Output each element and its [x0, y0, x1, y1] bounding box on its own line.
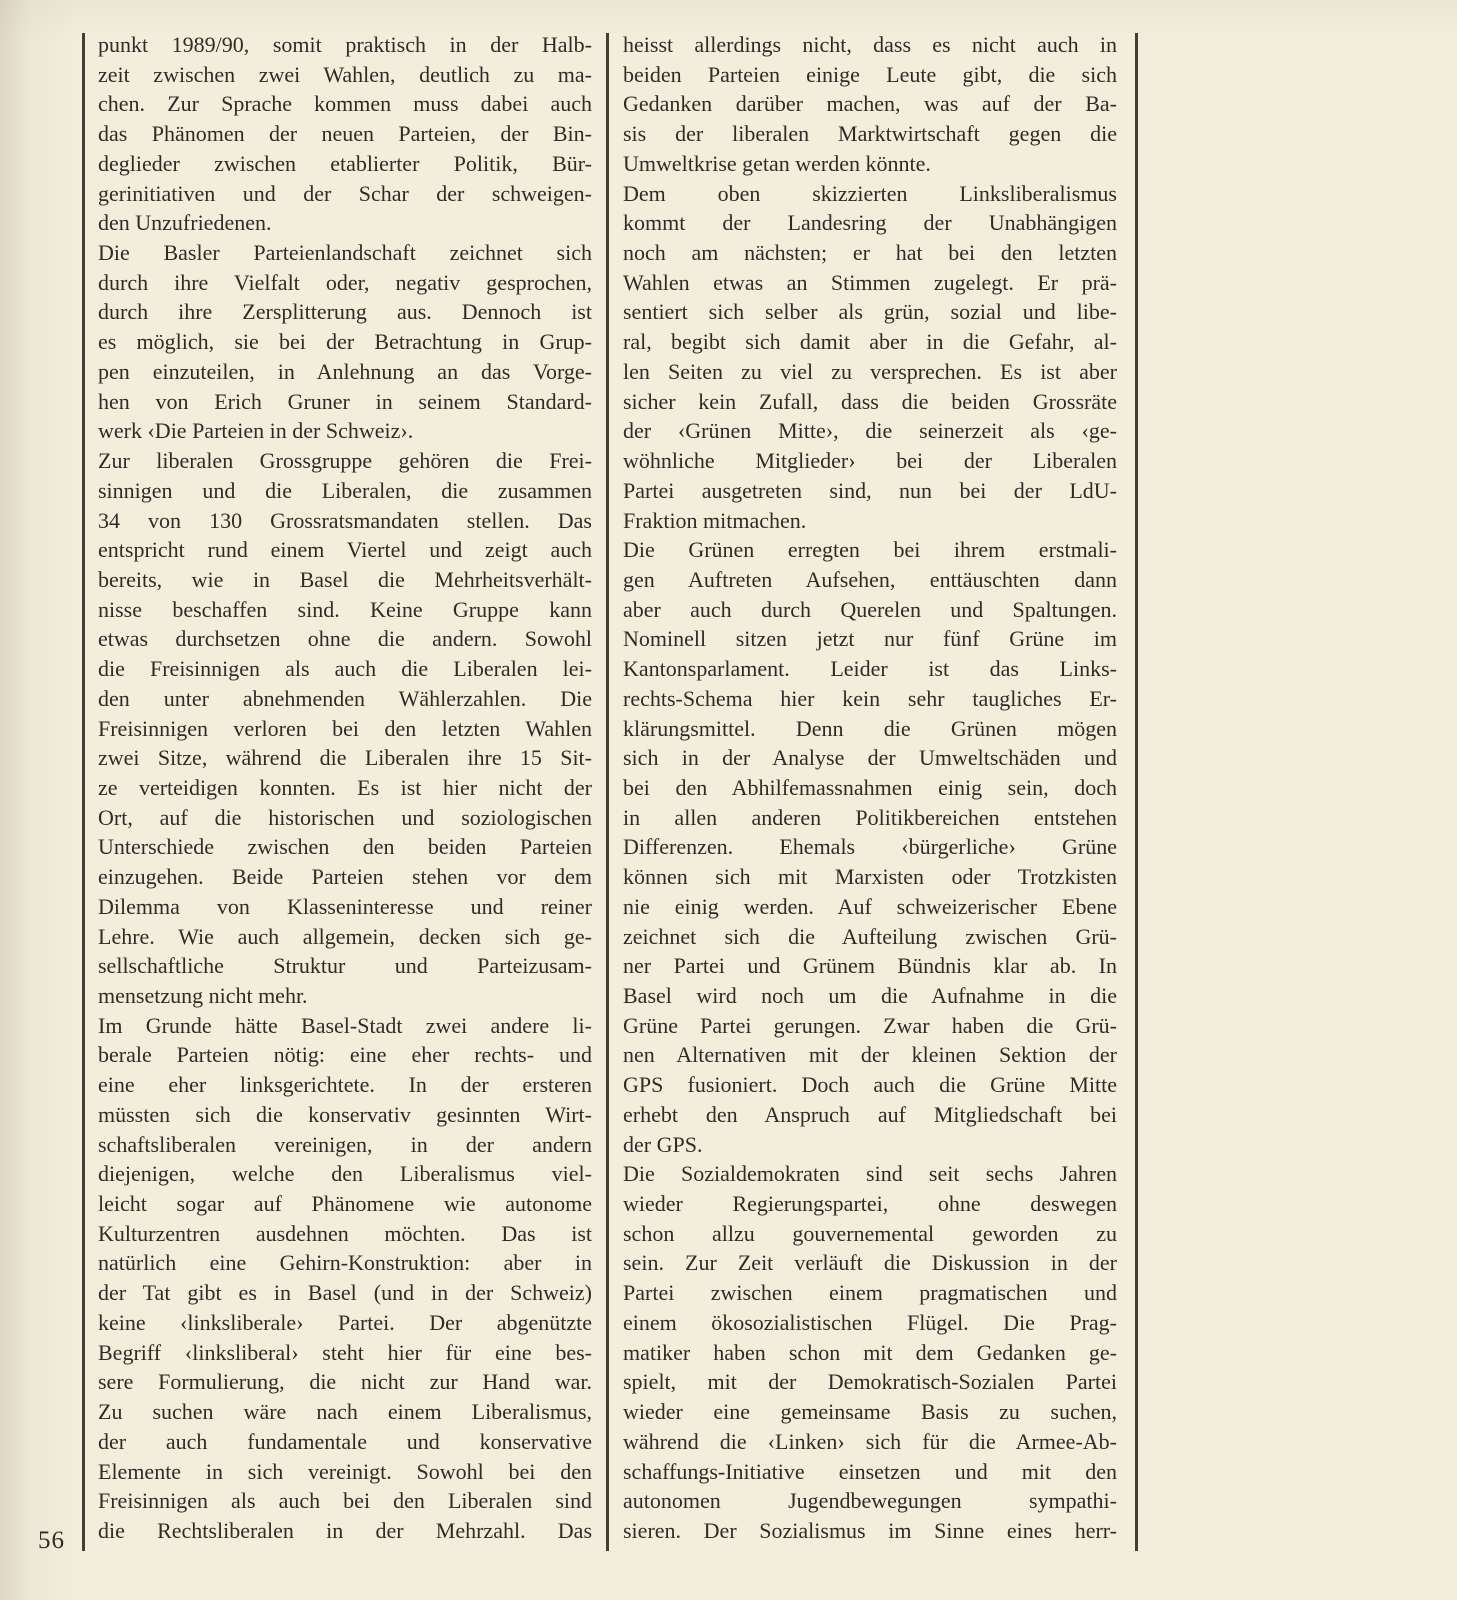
- text-line: deglieder zwischen etablierter Politik, …: [98, 149, 592, 179]
- text-line: Unterschiede zwischen den beiden Parteie…: [98, 832, 592, 862]
- text-line: schaftsliberalen vereinigen, in der ande…: [98, 1130, 592, 1160]
- text-line: Kantonsparlament. Leider ist das Links-: [623, 654, 1117, 684]
- text-line: eine eher linksgerichtete. In der erster…: [98, 1070, 592, 1100]
- text-line: bei den Abhilfemassnahmen einig sein, do…: [623, 773, 1117, 803]
- text-line: leicht sogar auf Phänomene wie autonome: [98, 1189, 592, 1219]
- text-line: die Freisinnigen als auch die Liberalen …: [98, 654, 592, 684]
- text-line: mensetzung nicht mehr.: [98, 981, 592, 1011]
- text-line: Kulturzentren ausdehnen möchten. Das ist: [98, 1219, 592, 1249]
- scanned-document-page: { "page": { "number": "56", "columns": […: [0, 0, 1457, 1600]
- text-line: bereits, wie in Basel die Mehrheitsverhä…: [98, 565, 592, 595]
- text-line: nisse beschaffen sind. Keine Gruppe kann: [98, 595, 592, 625]
- text-line: kommt der Landesring der Unabhängigen: [623, 208, 1117, 238]
- text-line: spielt, mit der Demokratisch-Sozialen Pa…: [623, 1367, 1117, 1397]
- text-line: ner Partei und Grünem Bündnis klar ab. I…: [623, 951, 1117, 981]
- text-line: durch ihre Vielfalt oder, negativ gespro…: [98, 268, 592, 298]
- column-rule-left: [82, 33, 85, 1551]
- text-line: Wahlen etwas an Stimmen zugelegt. Er prä…: [623, 268, 1117, 298]
- text-line: erhebt den Anspruch auf Mitgliedschaft b…: [623, 1100, 1117, 1130]
- text-line: GPS fusioniert. Doch auch die Grüne Mitt…: [623, 1070, 1117, 1100]
- text-line: beiden Parteien einige Leute gibt, die s…: [623, 60, 1117, 90]
- text-line: etwas durchsetzen ohne die andern. Sowoh…: [98, 624, 592, 654]
- text-line: Gedanken darüber machen, was auf der Ba-: [623, 89, 1117, 119]
- text-line: aber auch durch Querelen und Spaltungen.: [623, 595, 1117, 625]
- text-line: schon allzu gouvernemental geworden zu: [623, 1219, 1117, 1249]
- text-line: Zur liberalen Grossgruppe gehören die Fr…: [98, 446, 592, 476]
- text-line: können sich mit Marxisten oder Trotzkist…: [623, 862, 1117, 892]
- text-line: hen von Erich Gruner in seinem Standard-: [98, 387, 592, 417]
- text-line: schaffungs-Initiative einsetzen und mit …: [623, 1457, 1117, 1487]
- text-line: berale Parteien nötig: eine eher rechts-…: [98, 1040, 592, 1070]
- text-line: es möglich, sie bei der Betrachtung in G…: [98, 327, 592, 357]
- text-line: sis der liberalen Marktwirtschaft gegen …: [623, 119, 1117, 149]
- text-line: Zu suchen wäre nach einem Liberalismus,: [98, 1397, 592, 1427]
- text-line: sere Formulierung, die nicht zur Hand wa…: [98, 1367, 592, 1397]
- text-line: Lehre. Wie auch allgemein, decken sich g…: [98, 922, 592, 952]
- text-column-right: heisst allerdings nicht, dass es nicht a…: [623, 30, 1117, 1546]
- text-line: wieder Regierungspartei, ohne deswegen: [623, 1189, 1117, 1219]
- text-line: einzugehen. Beide Parteien stehen vor de…: [98, 862, 592, 892]
- text-line: sellschaftliche Struktur und Parteizusam…: [98, 951, 592, 981]
- text-line: diejenigen, welche den Liberalismus viel…: [98, 1159, 592, 1189]
- text-line: sieren. Der Sozialismus im Sinne eines h…: [623, 1516, 1117, 1546]
- text-line: ral, begibt sich damit aber in die Gefah…: [623, 327, 1117, 357]
- text-line: gen Auftreten Aufsehen, enttäuschten dan…: [623, 565, 1117, 595]
- text-line: zeit zwischen zwei Wahlen, deutlich zu m…: [98, 60, 592, 90]
- text-line: durch ihre Zersplitterung aus. Dennoch i…: [98, 297, 592, 327]
- text-line: 34 von 130 Grossratsmandaten stellen. Da…: [98, 506, 592, 536]
- text-line: den Unzufriedenen.: [98, 208, 592, 238]
- text-line: den unter abnehmenden Wählerzahlen. Die: [98, 684, 592, 714]
- text-line: matiker haben schon mit dem Gedanken ge-: [623, 1338, 1117, 1368]
- text-line: werk ‹Die Parteien in der Schweiz›.: [98, 416, 592, 446]
- text-line: sentiert sich selber als grün, sozial un…: [623, 297, 1117, 327]
- text-line: Dilemma von Klasseninteresse und reiner: [98, 892, 592, 922]
- text-line: Begriff ‹linksliberal› steht hier für ei…: [98, 1338, 592, 1368]
- text-line: sich in der Analyse der Umweltschäden un…: [623, 743, 1117, 773]
- text-line: gerinitiativen und der Schar der schweig…: [98, 179, 592, 209]
- text-line: nen Alternativen mit der kleinen Sektion…: [623, 1040, 1117, 1070]
- text-line: Die Basler Parteienlandschaft zeichnet s…: [98, 238, 592, 268]
- text-line: Freisinnigen als auch bei den Liberalen …: [98, 1486, 592, 1516]
- text-line: ze verteidigen konnten. Es ist hier nich…: [98, 773, 592, 803]
- column-rule-middle: [606, 33, 609, 1551]
- text-line: punkt 1989/90, somit praktisch in der Ha…: [98, 30, 592, 60]
- text-line: len Seiten zu viel zu versprechen. Es is…: [623, 357, 1117, 387]
- text-line: noch am nächsten; er hat bei den letzten: [623, 238, 1117, 268]
- text-line: Elemente in sich vereinigt. Sowohl bei d…: [98, 1457, 592, 1487]
- text-line: Fraktion mitmachen.: [623, 506, 1117, 536]
- text-line: sicher kein Zufall, dass die beiden Gros…: [623, 387, 1117, 417]
- text-line: wieder eine gemeinsame Basis zu suchen,: [623, 1397, 1117, 1427]
- text-line: Umweltkrise getan werden könnte.: [623, 149, 1117, 179]
- text-line: während die ‹Linken› sich für die Armee-…: [623, 1427, 1117, 1457]
- text-line: natürlich eine Gehirn-Konstruktion: aber…: [98, 1248, 592, 1278]
- text-line: Nominell sitzen jetzt nur fünf Grüne im: [623, 624, 1117, 654]
- text-line: der auch fundamentale und konservative: [98, 1427, 592, 1457]
- text-line: sinnigen und die Liberalen, die zusammen: [98, 476, 592, 506]
- text-line: entspricht rund einem Viertel und zeigt …: [98, 535, 592, 565]
- text-line: der GPS.: [623, 1130, 1117, 1160]
- text-line: Differenzen. Ehemals ‹bürgerliche› Grüne: [623, 832, 1117, 862]
- text-line: keine ‹linksliberale› Partei. Der abgenü…: [98, 1308, 592, 1338]
- text-line: zwei Sitze, während die Liberalen ihre 1…: [98, 743, 592, 773]
- text-line: pen einzuteilen, in Anlehnung an das Vor…: [98, 357, 592, 387]
- text-line: sein. Zur Zeit verläuft die Diskussion i…: [623, 1248, 1117, 1278]
- text-line: Partei ausgetreten sind, nun bei der LdU…: [623, 476, 1117, 506]
- text-line: müssten sich die konservativ gesinnten W…: [98, 1100, 592, 1130]
- text-line: autonomen Jugendbewegungen sympathi-: [623, 1486, 1117, 1516]
- page-number: 56: [38, 1527, 65, 1555]
- text-line: die Rechtsliberalen in der Mehrzahl. Das: [98, 1516, 592, 1546]
- text-line: klärungsmittel. Denn die Grünen mögen: [623, 714, 1117, 744]
- text-line: der ‹Grünen Mitte›, die seinerzeit als ‹…: [623, 416, 1117, 446]
- column-rule-right: [1135, 33, 1138, 1551]
- text-line: in allen anderen Politikbereichen entste…: [623, 803, 1117, 833]
- text-line: chen. Zur Sprache kommen muss dabei auch: [98, 89, 592, 119]
- text-line: Freisinnigen verloren bei den letzten Wa…: [98, 714, 592, 744]
- text-column-left: punkt 1989/90, somit praktisch in der Ha…: [98, 30, 592, 1546]
- text-line: rechts-Schema hier kein sehr taugliches …: [623, 684, 1117, 714]
- text-line: der Tat gibt es in Basel (und in der Sch…: [98, 1278, 592, 1308]
- text-line: Die Sozialdemokraten sind seit sechs Jah…: [623, 1159, 1117, 1189]
- text-line: heisst allerdings nicht, dass es nicht a…: [623, 30, 1117, 60]
- text-line: zeichnet sich die Aufteilung zwischen Gr…: [623, 922, 1117, 952]
- text-line: Basel wird noch um die Aufnahme in die: [623, 981, 1117, 1011]
- text-line: Partei zwischen einem pragmatischen und: [623, 1278, 1117, 1308]
- text-line: Grüne Partei gerungen. Zwar haben die Gr…: [623, 1011, 1117, 1041]
- text-line: das Phänomen der neuen Parteien, der Bin…: [98, 119, 592, 149]
- text-line: einem ökosozialistischen Flügel. Die Pra…: [623, 1308, 1117, 1338]
- text-line: nie einig werden. Auf schweizerischer Eb…: [623, 892, 1117, 922]
- text-line: Dem oben skizzierten Linksliberalismus: [623, 179, 1117, 209]
- text-line: wöhnliche Mitglieder› bei der Liberalen: [623, 446, 1117, 476]
- text-line: Im Grunde hätte Basel-Stadt zwei andere …: [98, 1011, 592, 1041]
- text-line: Die Grünen erregten bei ihrem erstmali-: [623, 535, 1117, 565]
- text-line: Ort, auf die historischen und soziologis…: [98, 803, 592, 833]
